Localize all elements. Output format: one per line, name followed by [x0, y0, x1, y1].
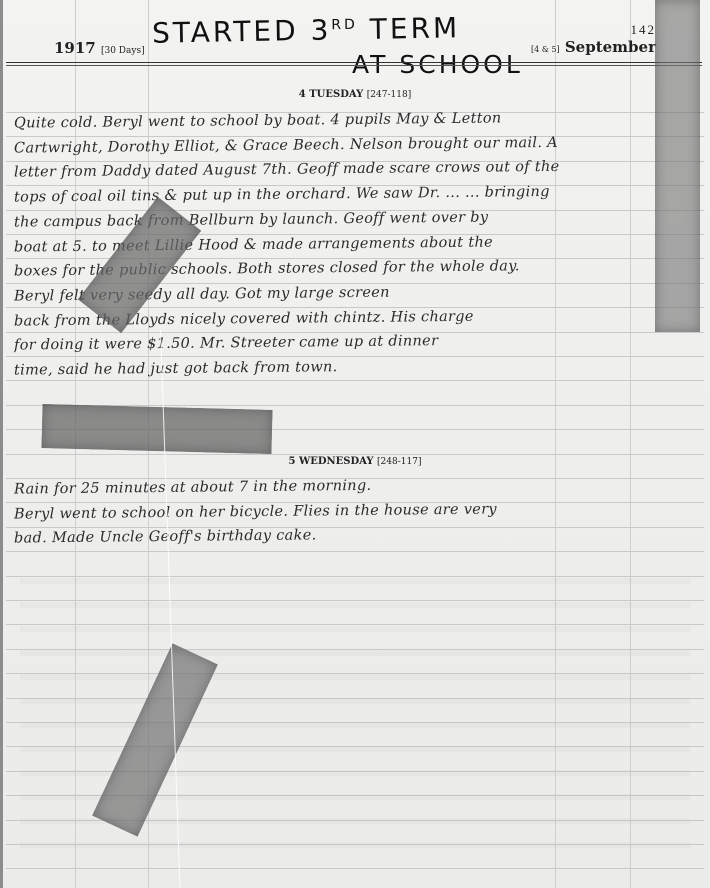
month-range: [4 & 5]	[531, 45, 560, 54]
day-heading-wednesday: 5 WEDNESDAY [248-117]	[0, 456, 710, 467]
handwritten-title: STARTED 3RD TERM	[152, 11, 461, 49]
title-end: TERM	[358, 11, 461, 46]
year: 1917	[54, 39, 96, 57]
diary-page: 1917 [30 Days] STARTED 3RD TERM AT SCHOO…	[0, 0, 710, 888]
rule-line	[6, 868, 704, 869]
header-rule	[6, 65, 702, 66]
rule-line	[6, 454, 704, 455]
entry-line: bad. Made Uncle Geoff's birthday cake.	[14, 520, 694, 552]
page-number: 142	[531, 22, 656, 38]
year-label: 1917 [30 Days]	[54, 39, 145, 57]
entry-tuesday: Quite cold. Beryl went to school by boat…	[14, 108, 694, 380]
day-heading-tuesday: 4 TUESDAY [247-118]	[0, 89, 710, 100]
title-sup: RD	[331, 17, 358, 33]
header-rule	[6, 62, 702, 63]
title-text: STARTED 3	[152, 14, 332, 50]
month-block: 142 [4 & 5] September	[531, 22, 656, 56]
tape-strip	[41, 404, 272, 454]
entry-wednesday: Rain for 25 minutes at about 7 in the mo…	[14, 474, 694, 548]
month-label: [4 & 5] September	[531, 38, 656, 56]
year-days: [30 Days]	[101, 46, 145, 56]
day-label: 4 TUESDAY	[299, 89, 364, 100]
month: September	[565, 38, 656, 56]
day-label: 5 WEDNESDAY	[289, 456, 374, 467]
day-numbers: [248-117]	[377, 457, 421, 467]
day-numbers: [247-118]	[367, 90, 411, 100]
tape-strip	[655, 0, 700, 332]
rule-line	[6, 551, 704, 552]
